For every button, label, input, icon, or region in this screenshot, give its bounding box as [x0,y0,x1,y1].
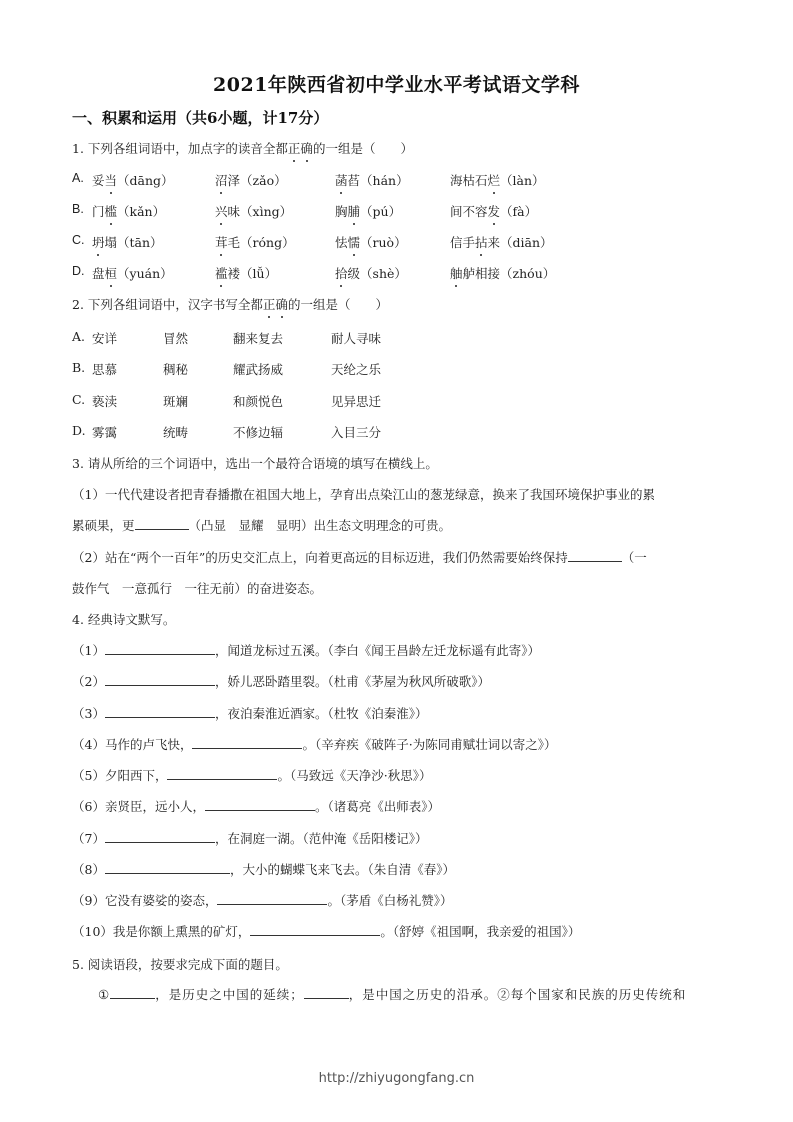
text: （一 [622,550,647,565]
pinyin: （ruò） [360,235,407,250]
text: ，是中国之历史的沿承。 [349,987,498,1002]
option-word: 怯懦（ruò） [335,233,407,251]
option-word: 妥当（dāng） [92,171,174,189]
pinyin: （làn） [500,173,545,188]
option-word: 茸毛（róng） [215,233,295,251]
option-word: 菡萏（hán） [335,171,409,189]
recitation-item: （7），在洞庭一湖。（范仲淹《岳阳楼记》） [72,829,427,847]
answer-blank[interactable] [250,923,380,936]
answer-blank[interactable] [192,736,302,749]
emphasis-dot-char: 正 [288,139,301,157]
stem-text: 1. 下列各组词语中，加点字的读音全都 [72,141,288,156]
emphasis-dot-char: 确 [300,139,313,157]
option-word: 兴味（xìng） [215,202,292,220]
pinyin: （yuán） [117,266,173,281]
answer-blank[interactable] [568,549,622,562]
pinyin: （róng） [240,235,295,250]
option-word: 天纶之乐 [331,360,381,378]
emphasis-dot-char: 兴 [215,202,228,220]
emphasis-dot-char: 确 [275,295,288,313]
option-label[interactable]: C. [72,233,85,247]
option-word: 思慕 [92,360,117,378]
emphasis-dot-char: 褴 [215,264,228,282]
answer-blank[interactable] [105,861,230,874]
emphasis-dot-char: 烂 [488,171,501,189]
option-label[interactable]: B. [72,202,84,216]
pinyin: （dāng） [117,173,174,188]
question-5-stem: 5. 阅读语段，按要求完成下面的题目。 [72,955,288,973]
pinyin: （tān） [117,235,163,250]
answer-blank[interactable] [105,705,215,718]
recitation-item: （6）亲贤臣，远小人，。（诸葛亮《出师表》） [72,797,440,815]
option-word: 亵渎 [92,392,117,410]
page-title: 2021年陕西省初中学业水平考试语文学科 [0,70,793,97]
option-label[interactable]: B. [72,360,85,375]
text: ，是历史之中国的延续； [155,987,304,1002]
option-word: 盘桓（yuán） [92,264,173,282]
emphasis-dot-char: 当 [105,171,118,189]
emphasis-dot-char: 懦 [348,233,361,251]
emphasis-dot-char: 正 [263,295,276,313]
option-word: 耐人寻味 [331,329,381,347]
option-label[interactable]: D. [72,264,85,278]
question-3-part2-line2: 鼓作气 一意孤行 一往无前）的奋进姿态。 [72,579,322,597]
emphasis-dot-text: 正确 [263,297,288,312]
option-label[interactable]: D. [72,423,86,438]
text: （2）站在“两个一百年”的历史交汇点上，向着更高远的目标迈进，我们仍然需要始终保… [72,550,568,565]
footer-url: http://zhiyugongfang.cn [0,1071,793,1086]
option-word: 门槛（kǎn） [92,202,165,220]
emphasis-dot-char: 茸 [215,233,228,251]
option-word: 坍塌（tān） [92,233,163,251]
answer-blank[interactable] [217,892,327,905]
answer-blank[interactable] [105,830,215,843]
pinyin: （fà） [500,204,537,219]
option-word: 沼泽（zǎo） [215,171,287,189]
emphasis-dot-char: 槛 [105,202,118,220]
recitation-item: （4）马作的卢飞快，。（辛弃疾《破阵子·为陈同甫赋壮词以寄之》） [72,735,556,753]
question-3-part1-line2: 累硕果，更（凸显 显耀 显明）出生态文明理念的可贵。 [72,516,451,534]
option-word: 间不容发（fà） [450,202,537,220]
recitation-item: （2），娇儿恶卧踏里裂。（杜甫《茅屋为秋风所破歌》） [72,672,490,690]
option-label[interactable]: A. [72,171,84,185]
option-label[interactable]: A. [72,329,85,344]
circled-number: ① [98,987,110,1002]
question-3-part1-line1: （1）一代代建设者把青春播撒在祖国大地上，孕育出点染江山的葱茏绿意，换来了我国环… [72,485,655,503]
recitation-item: （3），夜泊秦淮近酒家。（杜牧《泊秦淮》） [72,704,427,722]
option-word: 和颜悦色 [233,392,283,410]
question-5-passage: ①，是历史之中国的延续；，是中国之历史的沿承。②每个国家和民族的历史传统和 [98,985,686,1003]
option-word: 安详 [92,329,117,347]
pinyin: （xìng） [240,204,292,219]
emphasis-dot-char: 脯 [348,202,361,220]
option-word: 舳舻相接（zhóu） [450,264,555,282]
emphasis-dot-char: 拈 [475,233,488,251]
recitation-item: （5）夕阳西下，。（马致远《天净沙·秋思》） [72,766,431,784]
answer-blank[interactable] [105,673,215,686]
option-word: 斑斓 [163,392,188,410]
pinyin: （zhóu） [500,266,555,281]
stem-text: 2. 下列各组词语中，汉字书写全都 [72,297,263,312]
answer-blank[interactable] [105,642,215,655]
option-word: 胸脯（pú） [335,202,401,220]
recitation-item: （1），闻道龙标过五溪。（李白《闻王昌龄左迁龙标遥有此寄》） [72,641,540,659]
text: ②每个国家和民族的历史传统和 [497,987,686,1002]
option-word: 耀武扬威 [233,360,283,378]
pinyin: （hán） [360,173,409,188]
pinyin: （diān） [500,235,553,250]
answer-blank[interactable] [110,986,155,999]
emphasis-dot-char: 舳 [450,264,463,282]
answer-blank[interactable] [205,798,315,811]
pinyin: （kǎn） [117,204,165,219]
text: 累硕果，更 [72,518,135,533]
exam-page: 2021年陕西省初中学业水平考试语文学科 一、积累和运用（共6小题，计17分） … [0,0,793,1122]
question-2-stem: 2. 下列各组词语中，汉字书写全都正确的一组是（ ） [72,295,388,313]
option-word: 统畴 [163,423,188,441]
pinyin: （lǚ） [240,266,277,281]
emphasis-dot-char: 菡 [335,171,348,189]
question-3-stem: 3. 请从所给的三个词语中，选出一个最符合语境的填写在横线上。 [72,454,438,472]
emphasis-dot-char: 坍 [92,233,105,251]
question-4-stem: 4. 经典诗文默写。 [72,610,175,628]
option-word: 信手拈来（diān） [450,233,553,251]
answer-blank[interactable] [167,767,277,780]
option-word: 拾级（shè） [335,264,407,282]
emphasis-dot-char: 发 [488,202,501,220]
option-word: 稠秘 [163,360,188,378]
recitation-item: （8），大小的蝴蝶飞来飞去。（朱自清《春》） [72,860,455,878]
pinyin: （pú） [360,204,401,219]
option-word: 见异思迁 [331,392,381,410]
emphasis-dot-text: 正确 [288,141,313,156]
emphasis-dot-char: 拾 [335,264,348,282]
option-label[interactable]: C. [72,392,85,407]
option-word: 翻来复去 [233,329,283,347]
option-word: 入目三分 [331,423,381,441]
section-heading: 一、积累和运用（共6小题，计17分） [72,107,328,128]
pinyin: （shè） [360,266,407,281]
recitation-item: （10）我是你额上熏黑的矿灯，。（舒婷《祖国啊，我亲爱的祖国》） [72,922,580,940]
answer-blank[interactable] [135,517,189,530]
question-1-stem: 1. 下列各组词语中，加点字的读音全都正确的一组是（ ） [72,139,413,157]
question-3-part2-line1: （2）站在“两个一百年”的历史交汇点上，向着更高远的目标迈进，我们仍然需要始终保… [72,548,647,566]
option-word: 海枯石烂（làn） [450,171,545,189]
option-word: 不修边辐 [233,423,283,441]
answer-blank[interactable] [304,986,349,999]
option-word: 雾霭 [92,423,117,441]
option-word: 冒然 [163,329,188,347]
pinyin: （zǎo） [240,173,287,188]
emphasis-dot-char: 沼 [215,171,228,189]
recitation-item: （9）它没有婆娑的姿态，。（茅盾《白杨礼赞》） [72,891,452,909]
emphasis-dot-char: 桓 [105,264,118,282]
stem-text: 的一组是（ ） [288,297,388,312]
stem-text: 的一组是（ ） [313,141,413,156]
option-word: 褴褛（lǚ） [215,264,277,282]
text: （凸显 显耀 显明）出生态文明理念的可贵。 [189,518,452,533]
